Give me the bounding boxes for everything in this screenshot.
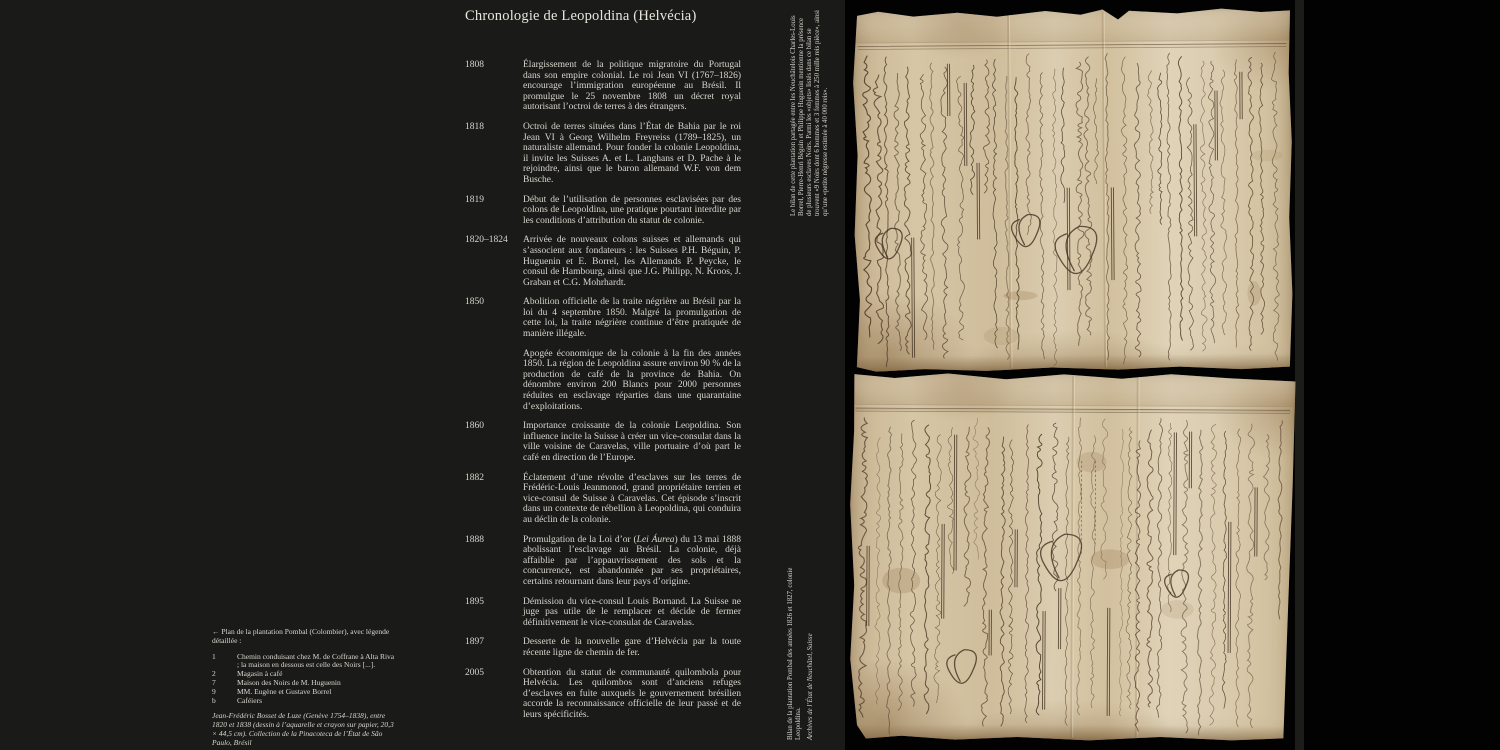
entry-year: 1888 [465, 535, 523, 588]
entry-year: 2005 [465, 668, 523, 721]
plan-credit: Jean-Frédéric Bosset de Luze (Genève 175… [212, 712, 398, 747]
photo-caption: Bilan de la plantation Pombal des années… [787, 548, 815, 740]
chronology-entry: 1860 Importance croissante de la colonie… [465, 421, 741, 463]
legend-label: Caféiers [237, 697, 398, 706]
legend-item: b Caféiers [212, 697, 398, 706]
plan-caption: ← Plan de la plantation Pombal (Colombie… [212, 628, 398, 748]
entry-text: Arrivée de nouveaux colons suisses et al… [523, 235, 741, 288]
entry-text: Début de l’utilisation de personnes escl… [523, 195, 741, 227]
archive-side-note: Le bilan de cette plantation partagée en… [790, 10, 830, 216]
handwriting-ink-bottom [848, 372, 1296, 742]
entry-text: Élargissement de la politique migratoire… [523, 60, 741, 113]
entry-text: Abolition officielle de la traite négriè… [523, 297, 741, 339]
chronology-entry: 2005 Obtention du statut de communauté q… [465, 668, 741, 721]
entry-text: Obtention du statut de communauté quilom… [523, 668, 741, 721]
entry-year: 1860 [465, 421, 523, 463]
entry-year [465, 349, 523, 413]
handwriting-ink-top [852, 7, 1295, 372]
chronology-entry: 1850 Abolition officielle de la traite n… [465, 297, 741, 339]
photo-caption-credit: Archives de l’État de Neuchâtel, Suisse [807, 548, 815, 740]
plan-legend: 1 Chemin conduisant chez M. de Coffrane … [212, 653, 398, 706]
entry-text: Desserte de la nouvelle gare d’Helvécia … [523, 637, 741, 658]
legend-label: Chemin conduisant chez M. de Coffrane à … [237, 653, 398, 671]
entry-text: Apogée économique de la colonie à la fin… [523, 349, 741, 413]
panel-seam [1295, 0, 1304, 750]
entry-text: Démission du vice-consul Louis Bornand. … [523, 597, 741, 629]
entry-text: Éclatement d’une révolte d’esclaves sur … [523, 473, 741, 526]
chronology-entry: 1818 Octroi de terres situées dans l’Éta… [465, 122, 741, 186]
entry-year: 1850 [465, 297, 523, 339]
chronology-entry: 1882 Éclatement d’une révolte d’esclaves… [465, 473, 741, 526]
legend-key: 1 [212, 653, 237, 671]
legend-key: b [212, 697, 237, 706]
chronology-entry: 1820–1824 Arrivée de nouveaux colons sui… [465, 235, 741, 288]
legend-item: 1 Chemin conduisant chez M. de Coffrane … [212, 653, 398, 671]
chronology-entry: Apogée économique de la colonie à la fin… [465, 349, 741, 413]
chronology-entry: 1897 Desserte de la nouvelle gare d’Helv… [465, 637, 741, 658]
manuscript-photo [845, 0, 1500, 750]
entry-text: Importance croissante de la colonie Leop… [523, 421, 741, 463]
entry-text: Promulgation de la Loi d’or (Lei Áurea) … [523, 535, 741, 588]
chronology-entry: 1819 Début de l’utilisation de personnes… [465, 195, 741, 227]
entry-year: 1897 [465, 637, 523, 658]
entry-year: 1820–1824 [465, 235, 523, 288]
entry-year: 1895 [465, 597, 523, 629]
entry-text: Octroi de terres situées dans l’État de … [523, 122, 741, 186]
plan-caption-intro: ← Plan de la plantation Pombal (Colombie… [212, 628, 398, 646]
chronology-list: 1808 Élargissement de la politique migra… [465, 60, 741, 729]
chronology-entry: 1888 Promulgation de la Loi d’or (Lei Áu… [465, 535, 741, 588]
manuscript-page-bottom [848, 372, 1296, 742]
page-title: Chronologie de Leopoldina (Helvécia) [465, 8, 696, 25]
entry-year: 1818 [465, 122, 523, 186]
entry-year: 1808 [465, 60, 523, 113]
exhibition-spread: Chronologie de Leopoldina (Helvécia) 180… [0, 0, 1500, 750]
photo-caption-text: Bilan de la plantation Pombal des années… [787, 548, 803, 740]
entry-year: 1819 [465, 195, 523, 227]
chronology-entry: 1808 Élargissement de la politique migra… [465, 60, 741, 113]
manuscript-page-top [852, 7, 1295, 372]
chronology-entry: 1895 Démission du vice-consul Louis Born… [465, 597, 741, 629]
entry-year: 1882 [465, 473, 523, 526]
